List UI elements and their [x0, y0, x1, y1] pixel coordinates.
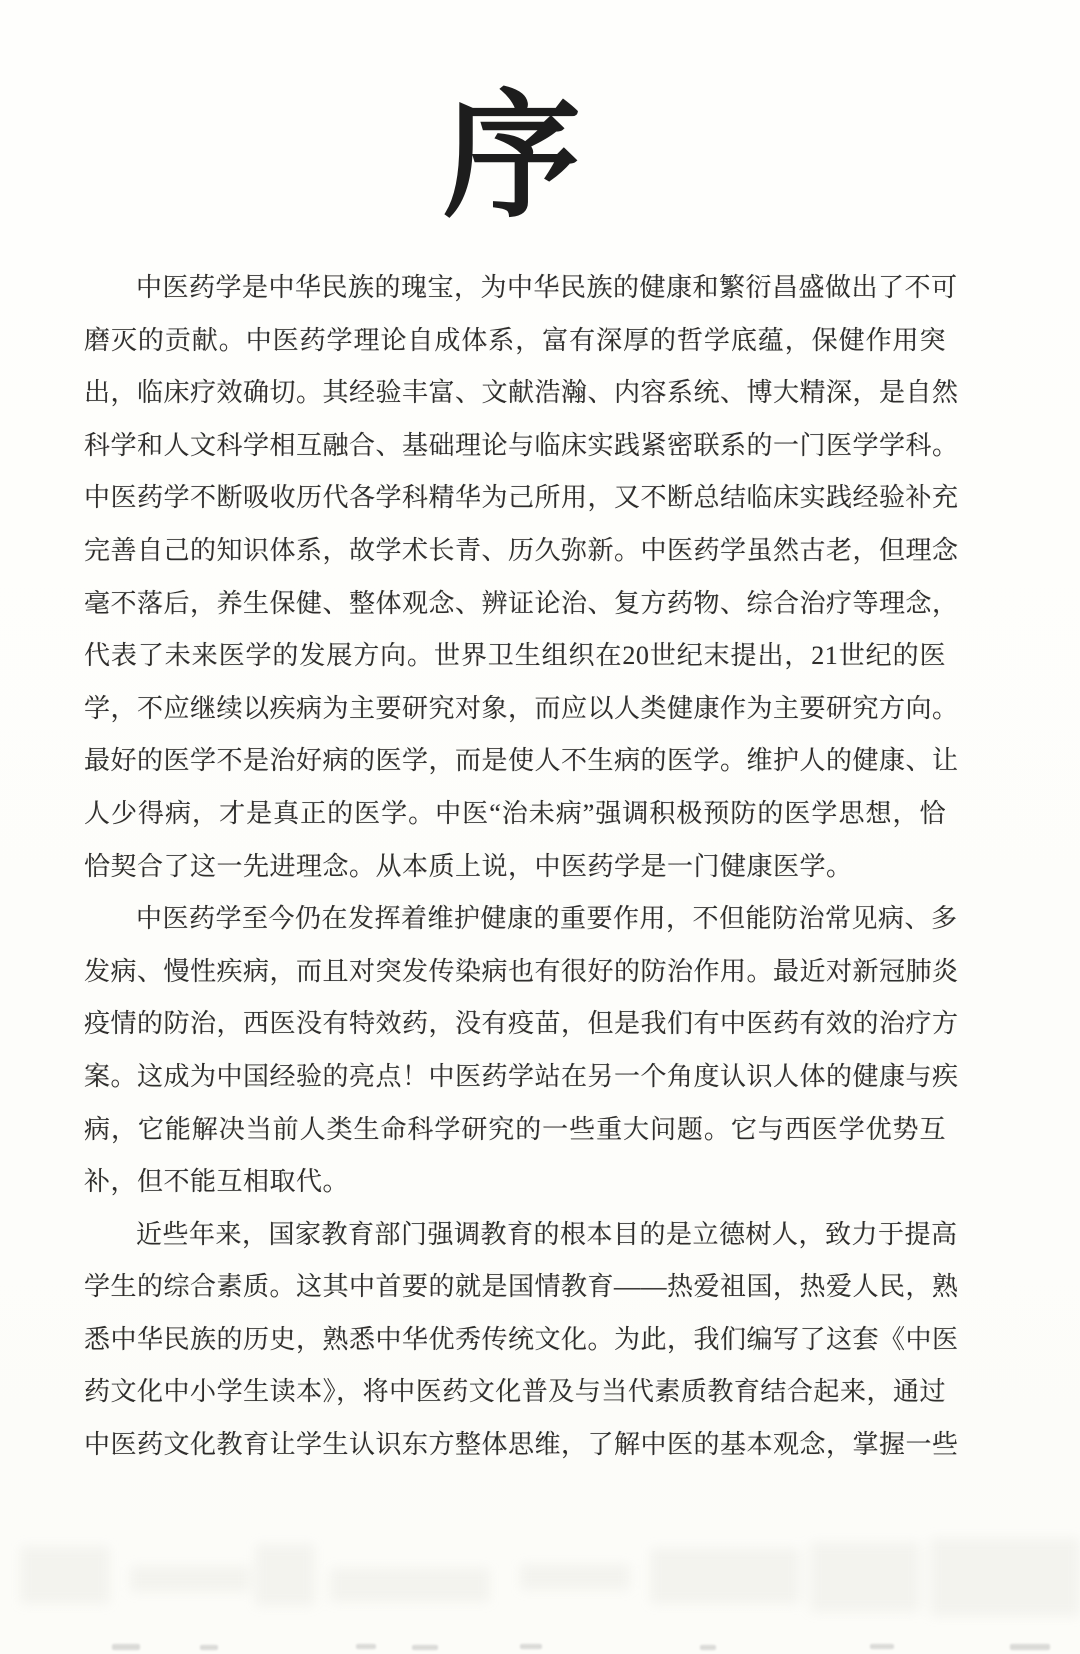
text-line: 药文化中小学生读本》，将中医药文化普及与当代素质教育结合起来，通过 — [84, 1366, 946, 1419]
text-line: 磨灭的贡献。中医药学理论自成体系，富有深厚的哲学底蕴，保健作用突 — [84, 315, 946, 368]
text-line: 中医药学至今仍在发挥着维护健康的重要作用，不但能防治常见病、多 — [84, 893, 946, 946]
bleed-through-artifact — [0, 1538, 1080, 1638]
text-line: 发病、慢性疾病，而且对突发传染病也有很好的防治作用。最近对新冠肺炎 — [84, 946, 946, 999]
text-line: 病，它能解决当前人类生命科学研究的一些重大问题。它与西医学优势互 — [84, 1104, 946, 1157]
text-line: 完善自己的知识体系，故学术长青、历久弥新。中医药学虽然古老，但理念 — [84, 525, 946, 578]
preface-body: 中医药学是中华民族的瑰宝，为中华民族的健康和繁衍昌盛做出了不可磨灭的贡献。中医药… — [84, 262, 946, 1472]
text-line: 科学和人文科学相互融合、基础理论与临床实践紧密联系的一门医学学科。 — [84, 420, 946, 473]
text-line: 案。这成为中国经验的亮点！中医药学站在另一个角度认识人体的健康与疾 — [84, 1051, 946, 1104]
text-line: 毫不落后，养生保健、整体观念、辨证论治、复方药物、综合治疗等理念， — [84, 578, 946, 631]
text-line: 中医药学不断吸收历代各学科精华为己所用，又不断总结临床实践经验补充 — [84, 472, 946, 525]
text-line: 中医药文化教育让学生认识东方整体思维，了解中医的基本观念，掌握一些 — [84, 1419, 946, 1472]
preface-title: 序 — [0, 78, 1052, 238]
text-line: 近些年来，国家教育部门强调教育的根本目的是立德树人，致力于提高 — [84, 1209, 946, 1262]
text-line: 悉中华民族的历史，熟悉中华优秀传统文化。为此，我们编写了这套《中医 — [84, 1314, 946, 1367]
text-line: 最好的医学不是治好病的医学，而是使人不生病的医学。维护人的健康、让 — [84, 735, 946, 788]
text-line: 补，但不能互相取代。 — [84, 1156, 946, 1209]
text-line: 恰契合了这一先进理念。从本质上说，中医药学是一门健康医学。 — [84, 841, 946, 894]
paragraph: 中医药学是中华民族的瑰宝，为中华民族的健康和繁衍昌盛做出了不可磨灭的贡献。中医药… — [84, 262, 946, 893]
text-line: 疫情的防治，西医没有特效药，没有疫苗，但是我们有中医药有效的治疗方 — [84, 998, 946, 1051]
text-line: 出，临床疗效确切。其经验丰富、文献浩瀚、内容系统、博大精深，是自然 — [84, 367, 946, 420]
paragraph: 近些年来，国家教育部门强调教育的根本目的是立德树人，致力于提高学生的综合素质。这… — [84, 1209, 946, 1472]
text-line: 中医药学是中华民族的瑰宝，为中华民族的健康和繁衍昌盛做出了不可 — [84, 262, 946, 315]
scan-edge-artifacts — [0, 1640, 1080, 1654]
paragraph: 中医药学至今仍在发挥着维护健康的重要作用，不但能防治常见病、多发病、慢性疾病，而… — [84, 893, 946, 1209]
text-line: 学生的综合素质。这其中首要的就是国情教育——热爱祖国，热爱人民，熟 — [84, 1261, 946, 1314]
text-line: 学，不应继续以疾病为主要研究对象，而应以人类健康作为主要研究方向。 — [84, 683, 946, 736]
scanned-preface-page: 序 中医药学是中华民族的瑰宝，为中华民族的健康和繁衍昌盛做出了不可磨灭的贡献。中… — [0, 0, 1080, 1654]
text-line: 代表了未来医学的发展方向。世界卫生组织在20世纪末提出，21世纪的医 — [84, 630, 946, 683]
text-line: 人少得病，才是真正的医学。中医“治未病”强调积极预防的医学思想，恰 — [84, 788, 946, 841]
